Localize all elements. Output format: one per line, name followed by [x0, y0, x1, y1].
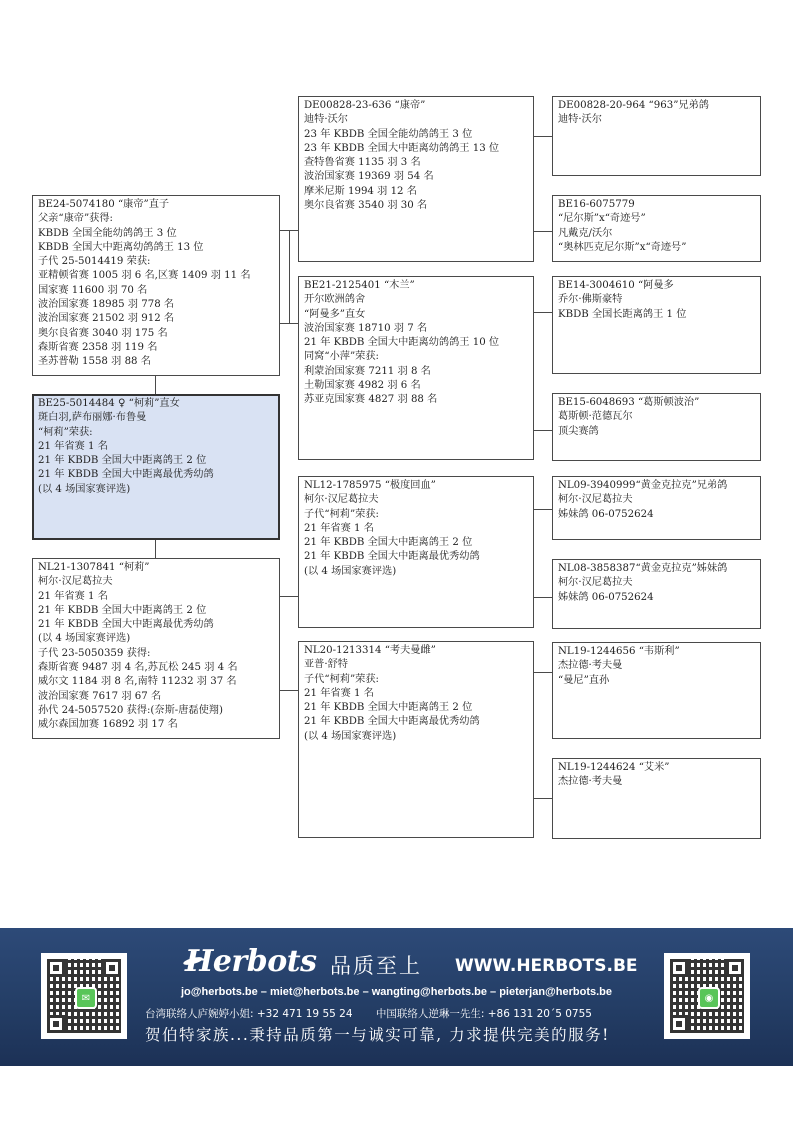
- dam-sire-box: NL12-1785975 “极度回血”柯尔·汉尼葛拉夫子代“柯莉”荣获:21 年…: [298, 476, 534, 628]
- pedigree-line: 21 年 KBDB 全国大中距离鸽王 2 位: [38, 454, 274, 468]
- pedigree-line: 柯尔·汉尼葛拉夫: [558, 493, 755, 507]
- pedigree-line: NL19-1244624 “艾米”: [558, 761, 755, 775]
- pedigree-line: BE16-6075779: [558, 198, 755, 212]
- pedigree-line: 摩米尼斯 1994 羽 12 名: [304, 185, 528, 199]
- connector-line: [534, 597, 552, 598]
- pedigree-line: 开尔欧洲鸽舍: [304, 293, 528, 307]
- pedigree-line: 21 年 KBDB 全国大中距离最优秀幼鸽: [304, 715, 528, 729]
- website-link[interactable]: WWW.HERBOTS.BE: [455, 956, 638, 976]
- pedigree-line: 柯尔·汉尼葛拉夫: [38, 575, 274, 589]
- pedigree-line: 21 年 KBDB 全国大中距离最优秀幼鸽: [38, 468, 274, 482]
- connector-line: [289, 230, 298, 231]
- pedigree-line: 子代 23-5050359 获得:: [38, 647, 274, 661]
- pedigree-line: 森斯省赛 9487 羽 4 名,苏瓦松 245 羽 4 名: [38, 661, 274, 675]
- contact-line: 台湾联络人庐婉婷小姐: +32 471 19 55 24 中国联络人逆琳一先生:…: [145, 1006, 612, 1021]
- ss-sire-box: DE00828-20-964 “963”兄弟鸽迪特·沃尔: [552, 96, 761, 176]
- pedigree-line: 波治国家赛 19369 羽 54 名: [304, 170, 528, 184]
- dd-dam-box: NL19-1244624 “艾米”杰拉德·考夫曼: [552, 758, 761, 839]
- dam-box: NL21-1307841 “柯莉”柯尔·汉尼葛拉夫21 年省赛 1 名21 年 …: [32, 558, 280, 739]
- pedigree-line: 21 年 KBDB 全国大中距离鸽王 2 位: [304, 701, 528, 715]
- pedigree-line: “阿曼多”直女: [304, 308, 528, 322]
- sd-dam-box: BE15-6048693 “葛斯顿波治”葛斯顿·范德瓦尔顶尖赛鸽: [552, 393, 761, 461]
- pedigree-line: 凡戴克/沃尔: [558, 227, 755, 241]
- pedigree-line: DE00828-20-964 “963”兄弟鸽: [558, 99, 755, 113]
- pedigree-line: 波治国家赛 18985 羽 778 名: [38, 298, 274, 312]
- contact-taiwan: 台湾联络人庐婉婷小姐: +32 471 19 55 24: [145, 1008, 353, 1020]
- connector-line: [289, 230, 290, 324]
- connector-line: [534, 798, 552, 799]
- pedigree-line: (以 4 场国家赛评选): [304, 565, 528, 579]
- pedigree-line: 子代 25-5014419 荣获:: [38, 255, 274, 269]
- contact-china: 中国联络人逆琳一先生: +86 131 20´5 0755: [376, 1008, 592, 1020]
- subject-pigeon-box: BE25-5014484 ♀ “柯莉”直女斑白羽,萨布丽娜·布鲁曼“柯莉”荣获:…: [32, 394, 280, 540]
- motto: 贺伯特家族...秉持品质第一与诚实可靠, 力求提供完美的服务!: [145, 1023, 610, 1045]
- pedigree-line: 21 年省赛 1 名: [304, 522, 528, 536]
- pedigree-line: 葛斯顿·范德瓦尔: [558, 410, 755, 424]
- pedigree-line: BE21-2125401 “木兰”: [304, 279, 528, 293]
- footer-banner: ✉ Herbots 品质至上 WWW.HERBOTS.BE jo@herbots…: [0, 928, 793, 1066]
- pedigree-line: 查特鲁省赛 1135 羽 3 名: [304, 156, 528, 170]
- pedigree-line: 奥尔良省赛 3540 羽 30 名: [304, 199, 528, 213]
- connector-line: [534, 430, 552, 431]
- pedigree-line: 威尔文 1184 羽 8 名,南特 11232 羽 37 名: [38, 675, 274, 689]
- pedigree-line: DE00828-23-636 “康帝”: [304, 99, 528, 113]
- pedigree-line: 奥尔良省赛 3040 羽 175 名: [38, 327, 274, 341]
- pedigree-line: 父亲“康帝”获得:: [38, 212, 274, 226]
- ss-dam-box: BE16-6075779“尼尔斯”x“奇迹号”凡戴克/沃尔“奥林匹克尼尔斯”x“…: [552, 195, 761, 262]
- pedigree-line: 威尔森国加赛 16892 羽 17 名: [38, 718, 274, 732]
- pedigree-line: 迪特·沃尔: [304, 113, 528, 127]
- pedigree-line: NL21-1307841 “柯莉”: [38, 561, 274, 575]
- connector-line: [534, 509, 552, 510]
- pedigree-line: 柯尔·汉尼葛拉夫: [558, 576, 755, 590]
- pedigree-line: 斑白羽,萨布丽娜·布鲁曼: [38, 411, 274, 425]
- connector-line: [280, 230, 289, 231]
- sire-box: BE24-5074180 “康帝”直子父亲“康帝”获得:KBDB 全国全能幼鸽鸽…: [32, 195, 280, 376]
- wechat-icon: ◉: [698, 987, 720, 1009]
- pedigree-line: BE14-3004610 “阿曼多: [558, 279, 755, 293]
- pedigree-line: 圣苏普勒 1558 羽 88 名: [38, 355, 274, 369]
- pedigree-line: 顶尖赛鸽: [558, 425, 755, 439]
- pedigree-line: 姊妹鸽 06-0752624: [558, 508, 755, 522]
- pedigree-line: 21 年省赛 1 名: [38, 590, 274, 604]
- pedigree-line: “柯莉”荣获:: [38, 426, 274, 440]
- connector-line: [155, 376, 156, 394]
- pedigree-line: (以 4 场国家赛评选): [38, 483, 274, 497]
- connector-line: [280, 690, 298, 691]
- sire-dam-box: BE21-2125401 “木兰”开尔欧洲鸽舍“阿曼多”直女波治国家赛 1871…: [298, 276, 534, 460]
- pedigree-line: 利蒙治国家赛 7211 羽 8 名: [304, 365, 528, 379]
- connector-line: [534, 231, 552, 232]
- sire-sire-box: DE00828-23-636 “康帝”迪特·沃尔23 年 KBDB 全国全能幼鸽…: [298, 96, 534, 262]
- pedigree-line: BE15-6048693 “葛斯顿波治”: [558, 396, 755, 410]
- pedigree-line: BE25-5014484 ♀ “柯莉”直女: [38, 397, 274, 411]
- pedigree-line: 23 年 KBDB 全国大中距离幼鸽鸽王 13 位: [304, 142, 528, 156]
- pedigree-line: (以 4 场国家赛评选): [38, 632, 274, 646]
- connector-line: [280, 596, 298, 597]
- pedigree-line: NL09-3940999“黄金克拉克”兄弟鸽: [558, 479, 755, 493]
- pedigree-line: 21 年 KBDB 全国大中距离最优秀幼鸽: [38, 618, 274, 632]
- connector-line: [534, 136, 552, 137]
- pedigree-line: “曼尼”直孙: [558, 674, 755, 688]
- pedigree-line: KBDB 全国全能幼鸽鸽王 3 位: [38, 227, 274, 241]
- pedigree-line: 森斯省赛 2358 羽 119 名: [38, 341, 274, 355]
- pedigree-line: KBDB 全国长距离鸽王 1 位: [558, 308, 755, 322]
- pedigree-line: 杰拉德·考夫曼: [558, 659, 755, 673]
- pedigree-line: 21 年 KBDB 全国大中距离鸽王 2 位: [304, 536, 528, 550]
- connector-line: [155, 540, 156, 558]
- pedigree-line: 波治国家赛 18710 羽 7 名: [304, 322, 528, 336]
- pedigree-line: 波治国家赛 21502 羽 912 名: [38, 312, 274, 326]
- pedigree-line: BE24-5074180 “康帝”直子: [38, 198, 274, 212]
- pedigree-line: 21 年省赛 1 名: [38, 440, 274, 454]
- pedigree-line: 苏亚克国家赛 4827 羽 88 名: [304, 393, 528, 407]
- pedigree-line: 21 年 KBDB 全国大中距离最优秀幼鸽: [304, 550, 528, 564]
- dd-sire-box: NL19-1244656 “韦斯利”杰拉德·考夫曼“曼尼”直孙: [552, 642, 761, 739]
- pedigree-line: NL08-3858387“黄金克拉克”姊妹鸽: [558, 562, 755, 576]
- pedigree-line: 柯尔·汉尼葛拉夫: [304, 493, 528, 507]
- pedigree-line: 亚普·舒特: [304, 658, 528, 672]
- pedigree-line: KBDB 全国大中距离幼鸽鸽王 13 位: [38, 241, 274, 255]
- pedigree-line: 姊妹鸽 06-0752624: [558, 591, 755, 605]
- pedigree-line: “尼尔斯”x“奇迹号”: [558, 212, 755, 226]
- sd-sire-box: BE14-3004610 “阿曼多乔尔·佛斯豪特KBDB 全国长距离鸽王 1 位: [552, 276, 761, 374]
- pedigree-line: 21 年 KBDB 全国大中距离鸽王 2 位: [38, 604, 274, 618]
- pedigree-line: 波治国家赛 7617 羽 67 名: [38, 690, 274, 704]
- pedigree-line: 子代“柯莉”荣获:: [304, 508, 528, 522]
- pedigree-line: (以 4 场国家赛评选): [304, 730, 528, 744]
- pedigree-line: 亚精顿省赛 1005 羽 6 名,区赛 1409 羽 11 名: [38, 269, 274, 283]
- pedigree-line: 乔尔·佛斯豪特: [558, 293, 755, 307]
- dam-dam-box: NL20-1213314 “考夫曼雌”亚普·舒特子代“柯莉”荣获:21 年省赛 …: [298, 641, 534, 838]
- ds-dam-box: NL08-3858387“黄金克拉克”姊妹鸽柯尔·汉尼葛拉夫姊妹鸽 06-075…: [552, 559, 761, 629]
- pedigree-line: NL20-1213314 “考夫曼雌”: [304, 644, 528, 658]
- pedigree-line: 21 年省赛 1 名: [304, 687, 528, 701]
- pedigree-line: 同窝“小萍”荣获:: [304, 350, 528, 364]
- pedigree-line: “奥林匹克尼尔斯”x“奇迹号”: [558, 241, 755, 255]
- pedigree-line: NL19-1244656 “韦斯利”: [558, 645, 755, 659]
- ds-sire-box: NL09-3940999“黄金克拉克”兄弟鸽柯尔·汉尼葛拉夫姊妹鸽 06-075…: [552, 476, 761, 540]
- pedigree-line: 杰拉德·考夫曼: [558, 775, 755, 789]
- connector-line: [280, 323, 289, 324]
- pedigree-line: NL12-1785975 “极度回血”: [304, 479, 528, 493]
- connector-line: [534, 312, 552, 313]
- slogan: 品质至上: [330, 950, 422, 980]
- pedigree-line: 21 年 KBDB 全国大中距离幼鸽鸽王 10 位: [304, 336, 528, 350]
- wechat-qr-code[interactable]: ◉: [664, 953, 750, 1039]
- pedigree-line: 土勒国家赛 4982 羽 6 名: [304, 379, 528, 393]
- connector-line: [289, 323, 298, 324]
- pedigree-line: 迪特·沃尔: [558, 113, 755, 127]
- pedigree-line: 子代“柯莉”荣获:: [304, 673, 528, 687]
- pedigree-line: 23 年 KBDB 全国全能幼鸽鸽王 3 位: [304, 128, 528, 142]
- connector-line: [534, 672, 552, 673]
- pedigree-line: 国家赛 11600 羽 70 名: [38, 284, 274, 298]
- pedigree-line: 孙代 24-5057520 获得:(奈斯-唐磊使翔): [38, 704, 274, 718]
- brand-logo: Herbots: [185, 944, 316, 979]
